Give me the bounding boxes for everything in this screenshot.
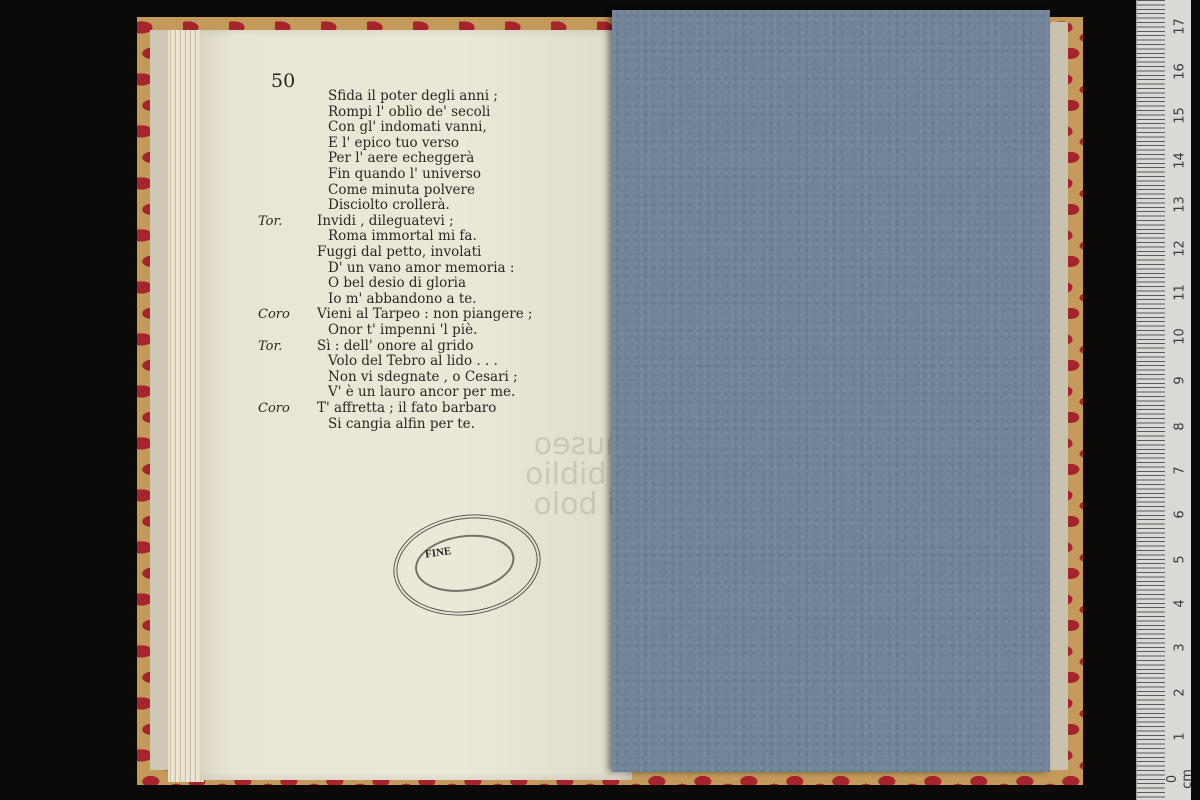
ruler-label: 14 bbox=[1173, 150, 1188, 172]
ruler-label: 0 cm bbox=[1165, 768, 1195, 790]
ruler-label: 5 bbox=[1173, 549, 1188, 571]
verse-line: Si cangia alfin per te. bbox=[328, 416, 475, 432]
verse-line: Disciolto crollerà. bbox=[328, 197, 450, 213]
verse-line: Io m' abbandono a te. bbox=[328, 291, 477, 307]
ruler-label: 4 bbox=[1173, 593, 1188, 615]
verse-line: Invidi , dileguatevi ; bbox=[317, 213, 454, 229]
ruler-label: 9 bbox=[1173, 370, 1188, 392]
stamp-inner-ring bbox=[411, 529, 518, 598]
blue-flyleaf bbox=[612, 10, 1050, 772]
ruler-label: 10 bbox=[1173, 326, 1188, 348]
verse-line: O bel desio di gloria bbox=[328, 275, 466, 291]
ruler-label: 15 bbox=[1173, 105, 1188, 127]
verse-line: Vieni al Tarpeo : non piangere ; bbox=[317, 306, 533, 322]
speaker-label: Coro bbox=[258, 307, 290, 322]
verse-line: Sì : dell' onore al grido bbox=[317, 338, 474, 354]
speaker-label: Tor. bbox=[258, 339, 282, 354]
verse-line: Onor t' impenni 'l piè. bbox=[328, 322, 477, 338]
ruler-label: 7 bbox=[1173, 460, 1188, 482]
verse-line: Sfida il poter degli anni ; bbox=[328, 88, 498, 104]
ruler-label: 17 bbox=[1173, 16, 1188, 38]
ruler-ticks bbox=[1137, 0, 1165, 800]
verse-line: Rompi l' oblìo de' secoli bbox=[328, 104, 490, 120]
page-edges bbox=[168, 30, 204, 782]
measuring-ruler: 17161514131211109876543210 cm bbox=[1136, 0, 1191, 800]
speaker-label: Tor. bbox=[258, 214, 282, 229]
ruler-label: 12 bbox=[1173, 238, 1188, 260]
verse-line: Fin quando l' universo bbox=[328, 166, 481, 182]
ruler-label: 1 bbox=[1173, 726, 1188, 748]
ruler-label: 11 bbox=[1173, 282, 1188, 304]
verse-line: E l' epico tuo verso bbox=[328, 135, 459, 151]
verse-line: Come minuta polvere bbox=[328, 182, 475, 198]
verse-line: Roma immortal mi fa. bbox=[328, 228, 477, 244]
ruler-label: 6 bbox=[1173, 504, 1188, 526]
ruler-label: 13 bbox=[1173, 194, 1188, 216]
ruler-label: 3 bbox=[1173, 637, 1188, 659]
verse-line: V' è un lauro ancor per me. bbox=[328, 384, 515, 400]
ruler-label: 8 bbox=[1173, 416, 1188, 438]
speaker-label: Coro bbox=[258, 401, 290, 416]
page-number: 50 bbox=[271, 70, 295, 92]
verse-line: D' un vano amor memoria : bbox=[328, 260, 514, 276]
verse-line: T' affretta ; il fato barbaro bbox=[317, 400, 496, 416]
verse-line: Con gl' indomati vanni, bbox=[328, 119, 487, 135]
verse-line: Fuggi dal petto, involati bbox=[317, 244, 481, 260]
verse-line: Per l' aere echeggerà bbox=[328, 150, 474, 166]
verse-line: Volo del Tebro al lido . . . bbox=[328, 353, 498, 369]
ruler-label: 2 bbox=[1173, 682, 1188, 704]
verse-line: Non vi sdegnate , o Cesari ; bbox=[328, 369, 518, 385]
ruler-label: 16 bbox=[1173, 61, 1188, 83]
